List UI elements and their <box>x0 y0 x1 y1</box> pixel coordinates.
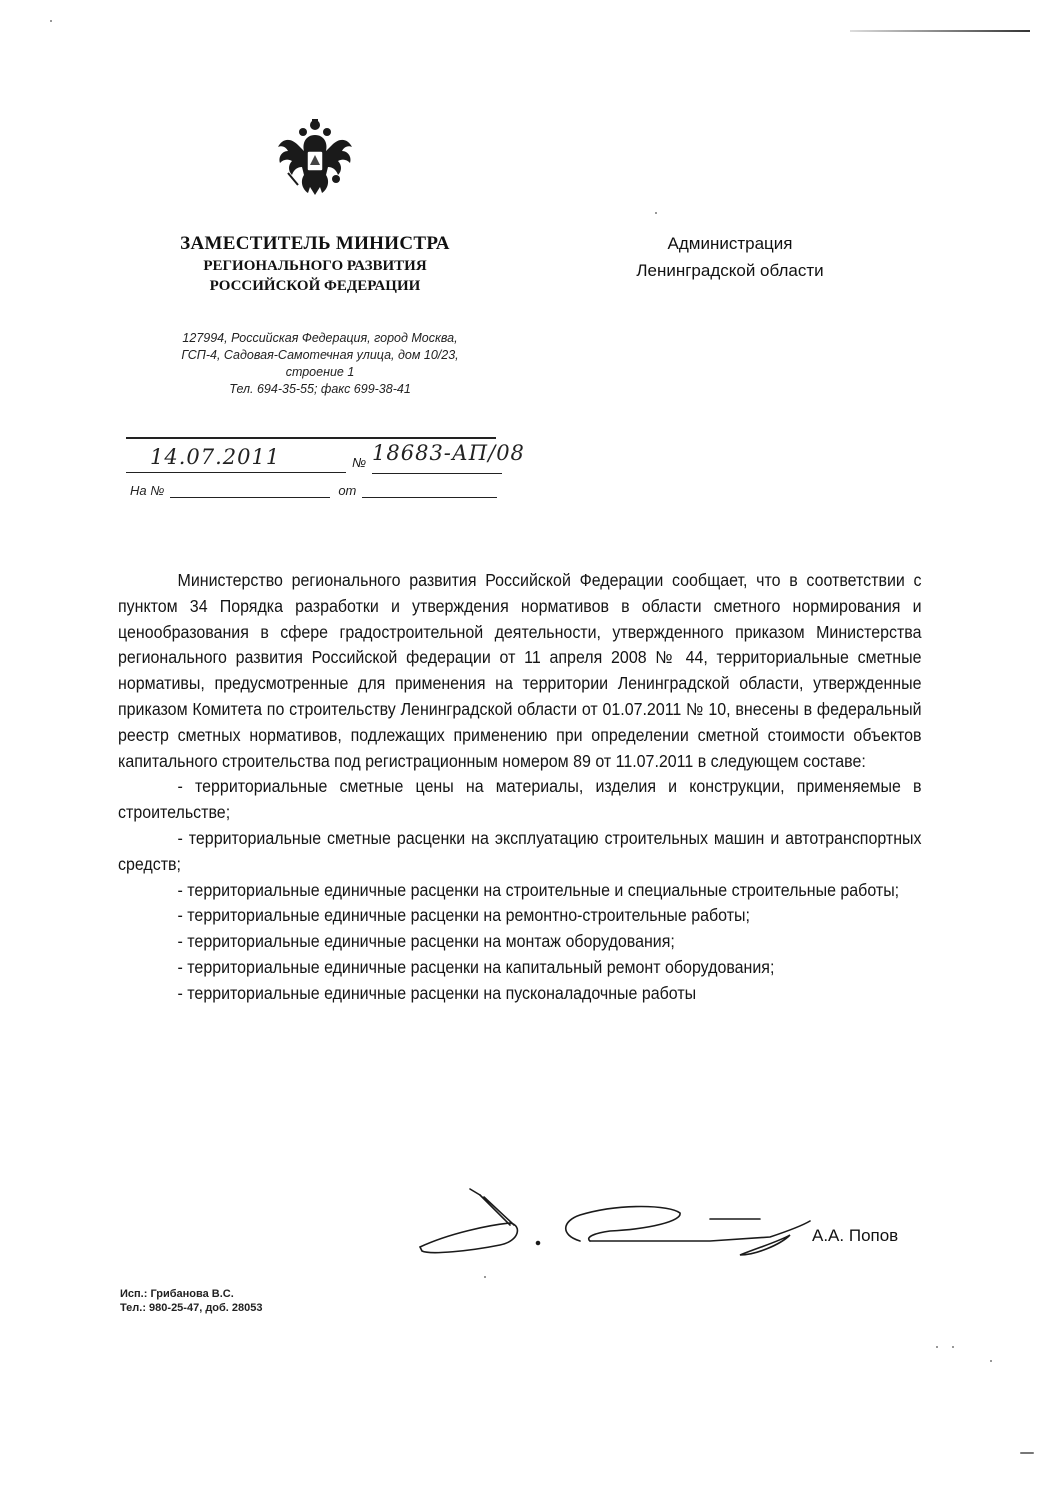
scan-speck <box>936 1346 938 1348</box>
body-list-item: - территориальные единичные расценки на … <box>118 903 922 929</box>
addressee-line1: Администрация <box>600 230 860 257</box>
body-list-item: - территориальные сметные цены на матери… <box>118 774 922 826</box>
signer-name: А.А. Попов <box>812 1226 898 1246</box>
scan-speck <box>990 1360 992 1362</box>
body-list-item: - территориальные единичные расценки на … <box>118 955 922 981</box>
letterhead-title-line1: ЗАМЕСТИТЕЛЬ МИНИСТРА <box>150 232 480 256</box>
addressee-line2: Ленинградской области <box>600 257 860 284</box>
letterhead-title-line2: РЕГИОНАЛЬНОГО РАЗВИТИЯ <box>150 256 480 276</box>
body-list-item: - территориальные сметные расценки на эк… <box>118 826 922 878</box>
executor-block: Исп.: Грибанова В.С. Тел.: 980-25-47, до… <box>120 1287 263 1315</box>
divider <box>126 437 496 439</box>
registration-number: 18683-АП/08 <box>372 441 502 474</box>
body-intro-paragraph: Министерство регионального развития Росс… <box>118 568 922 774</box>
scan-speck <box>50 20 52 22</box>
body-list-item: - территориальные единичные расценки на … <box>118 981 922 1007</box>
registration-number-label: № <box>352 455 366 470</box>
body-list-item: - территориальные единичные расценки на … <box>118 929 922 955</box>
reference-date-blank <box>362 485 497 498</box>
executor-phone: Тел.: 980-25-47, доб. 28053 <box>120 1301 263 1315</box>
address-line: ГСП-4, Садовая-Самотечная улица, дом 10/… <box>130 347 510 364</box>
registration-block: 14.07.2011 № 18683-АП/08 На №от <box>120 425 580 515</box>
scan-artifact-line <box>850 30 1030 32</box>
scan-speck <box>1020 1452 1034 1454</box>
address-phone-line: Тел. 694-35-55; факс 699-38-41 <box>130 381 510 398</box>
address-line: 127994, Российская Федерация, город Моск… <box>130 330 510 347</box>
letterhead-address: 127994, Российская Федерация, город Моск… <box>130 330 510 398</box>
reference-label: На № <box>130 483 164 498</box>
executor-name: Исп.: Грибанова В.С. <box>120 1287 263 1301</box>
addressee-block: Администрация Ленинградской области <box>600 230 860 284</box>
letterhead-title-line3: РОССИЙСКОЙ ФЕДЕРАЦИИ <box>150 276 480 296</box>
letterhead-title: ЗАМЕСТИТЕЛЬ МИНИСТРА РЕГИОНАЛЬНОГО РАЗВИ… <box>150 232 480 296</box>
address-line: строение 1 <box>130 364 510 381</box>
handwritten-signature-icon <box>410 1185 830 1265</box>
reference-from-label: от <box>338 483 356 498</box>
letter-body: Министерство регионального развития Росс… <box>118 568 922 1007</box>
reference-number-blank <box>170 485 330 498</box>
registration-date: 14.07.2011 <box>126 445 346 473</box>
body-list-item: - территориальные единичные расценки на … <box>118 878 922 904</box>
reference-line: На №от <box>130 483 497 498</box>
scan-speck <box>655 212 657 214</box>
scan-speck <box>952 1346 954 1348</box>
scan-speck <box>484 1276 486 1278</box>
russian-coat-of-arms-icon <box>270 115 360 205</box>
